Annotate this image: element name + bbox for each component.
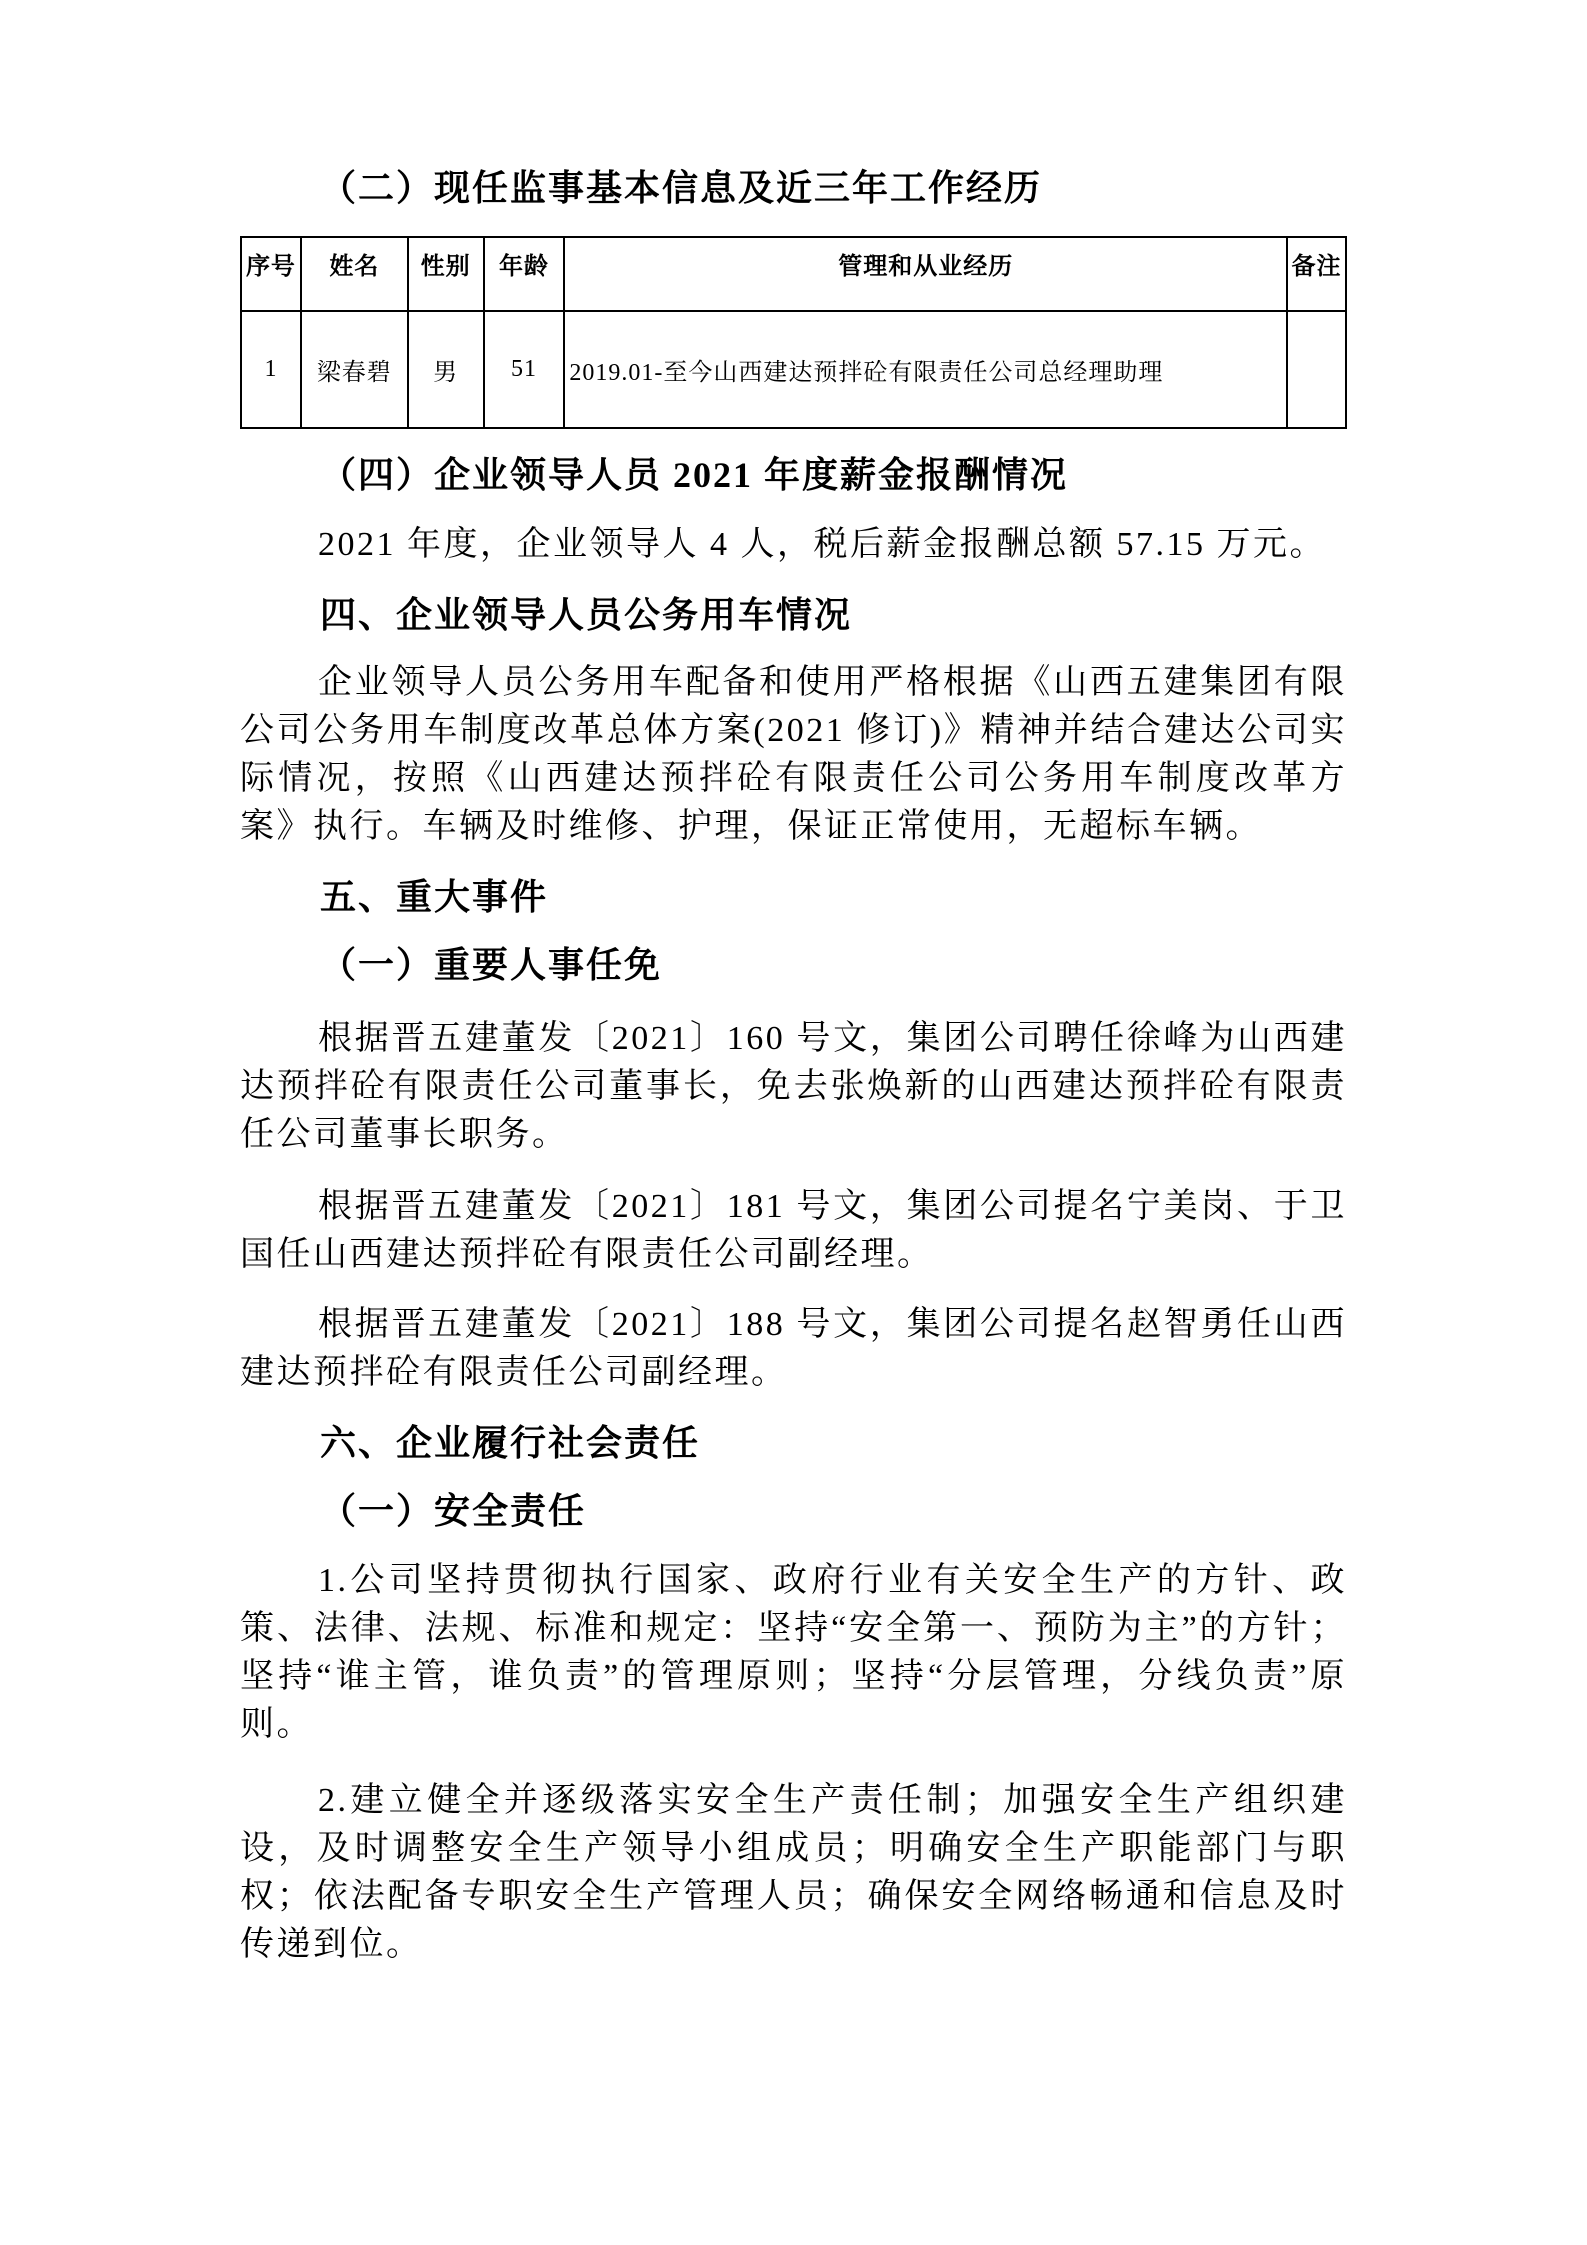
col-header-index: 序号 <box>241 237 301 311</box>
col-header-experience: 管理和从业经历 <box>564 237 1287 311</box>
paragraph-appointment-160: 根据晋五建董发〔2021〕160 号文，集团公司聘任徐峰为山西建达预拌砼有限责任… <box>240 1015 1347 1159</box>
table-row: 1 梁春碧 男 51 2019.01-至今山西建达预拌砼有限责任公司总经理助理 <box>241 311 1346 428</box>
paragraph-salary: 2021 年度，企业领导人 4 人，税后薪金报酬总额 57.15 万元。 <box>240 521 1347 569</box>
heading-safety-responsibility: （一）安全责任 <box>320 1489 1347 1533</box>
heading-social-responsibility: 六、企业履行社会责任 <box>320 1421 1347 1465</box>
heading-official-vehicles: 四、企业领导人员公务用车情况 <box>320 593 1347 637</box>
supervisors-table: 序号 姓名 性别 年龄 管理和从业经历 备注 1 梁春碧 男 51 2019.0… <box>240 236 1347 429</box>
cell-experience: 2019.01-至今山西建达预拌砼有限责任公司总经理助理 <box>564 311 1287 428</box>
col-header-gender: 性别 <box>408 237 484 311</box>
cell-gender: 男 <box>408 311 484 428</box>
heading-major-events: 五、重大事件 <box>320 875 1347 919</box>
col-header-remark: 备注 <box>1287 237 1346 311</box>
cell-remark <box>1287 311 1346 428</box>
col-header-age: 年龄 <box>484 237 565 311</box>
paragraph-appointment-181: 根据晋五建董发〔2021〕181 号文，集团公司提名宁美岗、于卫国任山西建达预拌… <box>240 1183 1347 1279</box>
document-page: （二）现任监事基本信息及近三年工作经历 序号 姓名 性别 年龄 管理和从业经历 … <box>0 0 1587 2245</box>
paragraph-safety-2: 2.建立健全并逐级落实安全生产责任制；加强安全生产组织建设，及时调整安全生产领导… <box>240 1777 1347 1969</box>
col-header-name: 姓名 <box>301 237 408 311</box>
table-header-row: 序号 姓名 性别 年龄 管理和从业经历 备注 <box>241 237 1346 311</box>
heading-supervisors-info: （二）现任监事基本信息及近三年工作经历 <box>320 166 1347 210</box>
document-content: （二）现任监事基本信息及近三年工作经历 序号 姓名 性别 年龄 管理和从业经历 … <box>240 166 1347 1969</box>
heading-salary: （四）企业领导人员 2021 年度薪金报酬情况 <box>320 453 1347 497</box>
paragraph-official-vehicles: 企业领导人员公务用车配备和使用严格根据《山西五建集团有限公司公务用车制度改革总体… <box>240 659 1347 851</box>
heading-personnel-changes: （一）重要人事任免 <box>320 943 1347 987</box>
paragraph-safety-1: 1.公司坚持贯彻执行国家、政府行业有关安全生产的方针、政策、法律、法规、标准和规… <box>240 1557 1347 1749</box>
cell-age: 51 <box>484 311 565 428</box>
cell-name: 梁春碧 <box>301 311 408 428</box>
paragraph-appointment-188: 根据晋五建董发〔2021〕188 号文，集团公司提名赵智勇任山西建达预拌砼有限责… <box>240 1301 1347 1397</box>
cell-index: 1 <box>241 311 301 428</box>
